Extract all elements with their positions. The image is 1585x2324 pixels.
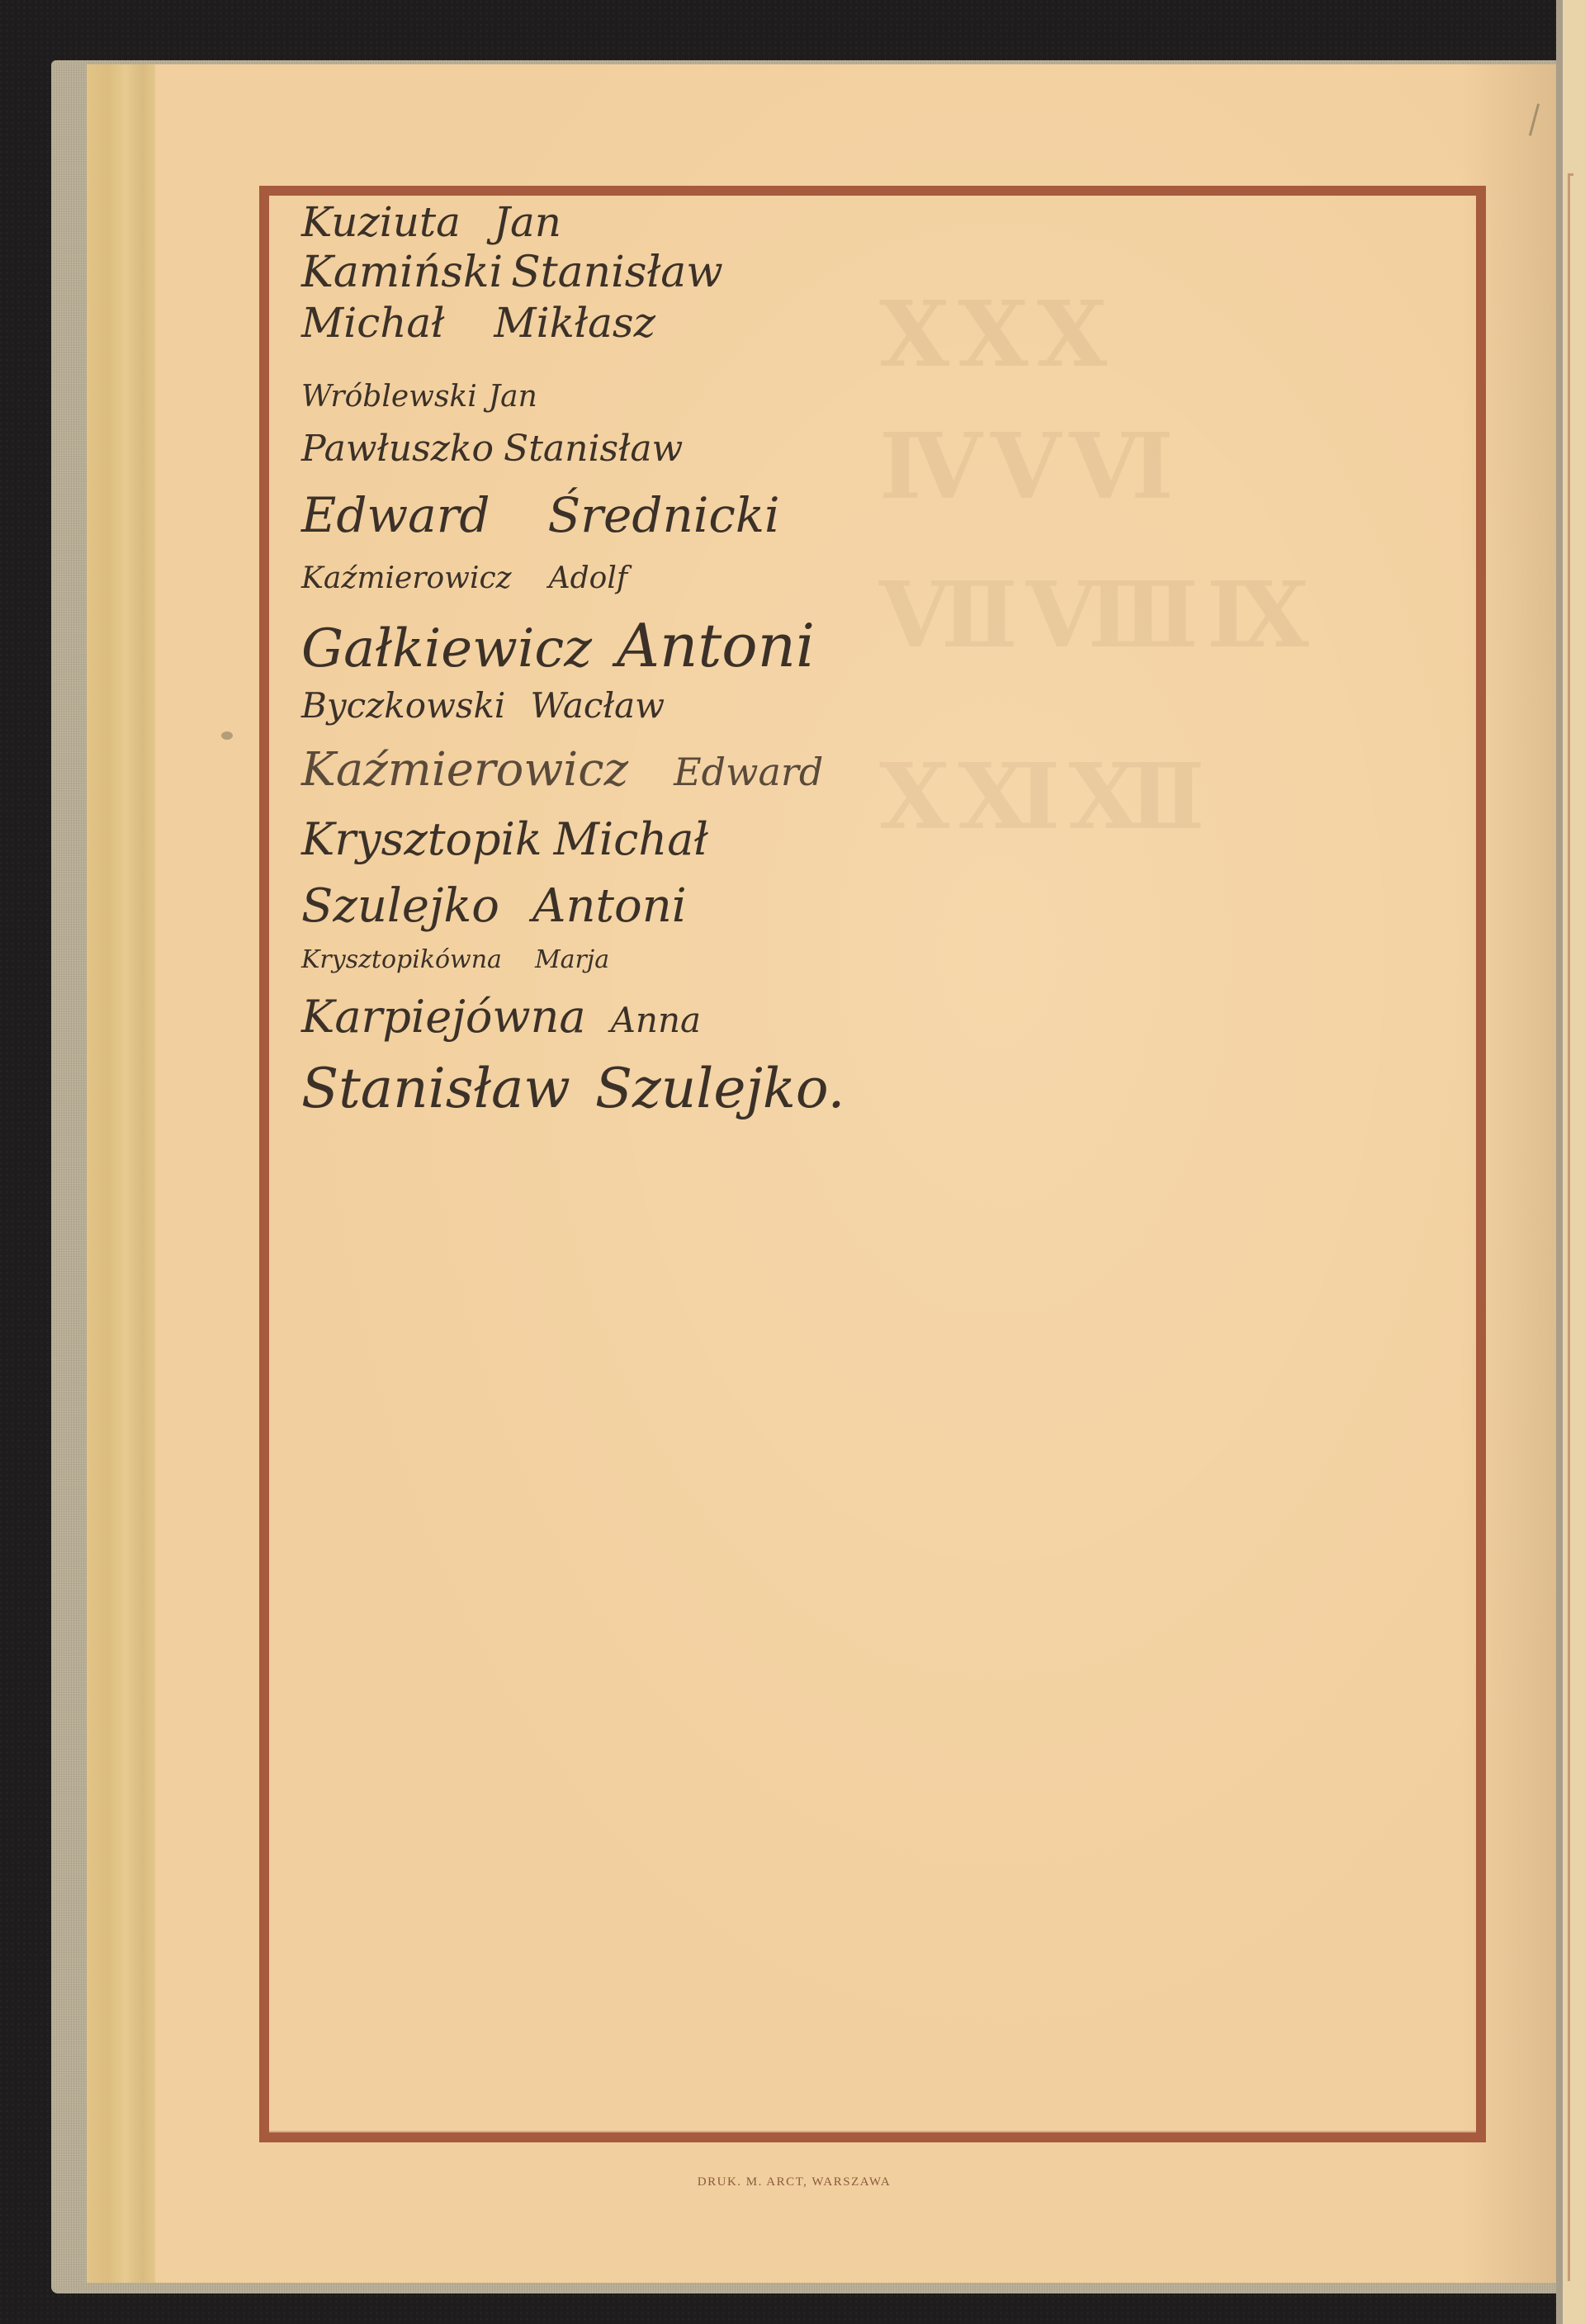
signature-surname: Kaźmierowicz bbox=[301, 561, 512, 595]
signature-entry: KuziutaJan bbox=[301, 198, 561, 246]
facing-page-frame-line bbox=[1568, 173, 1573, 2281]
signature-surname: Karpiejówna bbox=[301, 991, 586, 1043]
signature-entry: MichałMikłasz bbox=[301, 299, 655, 347]
signature-surname: Byczkowski bbox=[301, 685, 505, 726]
signature-entry: KaźmierowiczEdward bbox=[301, 743, 823, 797]
signature-entry: KarpiejównaAnna bbox=[301, 991, 701, 1043]
page-border-frame bbox=[259, 186, 1486, 2142]
signature-entry: SzulejkoAntoni bbox=[301, 879, 687, 933]
signature-surname: Kuziuta bbox=[301, 198, 461, 246]
signature-given-name: Edward bbox=[674, 750, 823, 794]
signature-entry: KrysztopikMichał bbox=[301, 813, 708, 865]
signature-given-name: Średnicki bbox=[548, 487, 780, 543]
printer-imprint: DRUK. M. ARCT, WARSZAWA bbox=[0, 2175, 1585, 2189]
signature-given-name: Michał bbox=[554, 813, 708, 865]
signature-surname: Krysztopikówna bbox=[301, 945, 502, 974]
signature-given-name: Jan bbox=[494, 198, 561, 246]
signature-surname: Michał bbox=[301, 299, 444, 347]
signature-surname: Stanisław bbox=[301, 1057, 570, 1120]
signature-entry: KaźmierowiczAdolf bbox=[301, 561, 627, 595]
signature-surname: Gałkiewicz bbox=[301, 618, 592, 679]
signature-given-name: Wacław bbox=[530, 685, 665, 726]
signature-given-name: Anna bbox=[611, 1000, 701, 1040]
signature-given-name: Mikłasz bbox=[494, 299, 655, 347]
signature-given-name: Jan bbox=[489, 380, 537, 414]
signature-surname: Kamiński bbox=[301, 248, 503, 297]
signature-given-name: Stanisław bbox=[511, 248, 723, 297]
page-edges bbox=[87, 64, 158, 2283]
ink-smudge bbox=[221, 731, 233, 740]
signature-given-name: Marja bbox=[535, 945, 609, 974]
signature-entry: WróblewskiJan bbox=[301, 380, 537, 414]
signature-entry: StanisławSzulejko. bbox=[301, 1057, 845, 1120]
signature-given-name: Antoni bbox=[617, 611, 815, 680]
signature-given-name: Szulejko. bbox=[595, 1057, 845, 1120]
signature-surname: Wróblewski bbox=[301, 380, 477, 414]
signature-surname: Kaźmierowicz bbox=[301, 743, 628, 797]
signature-surname: Pawłuszko bbox=[301, 428, 494, 470]
signature-entry: KamińskiStanisław bbox=[301, 248, 723, 297]
signature-surname: Krysztopik bbox=[301, 813, 542, 865]
signature-surname: Szulejko bbox=[301, 879, 499, 933]
signature-entry: EdwardŚrednicki bbox=[301, 487, 780, 543]
signature-entry: PawłuszkoStanisław bbox=[301, 428, 683, 470]
signature-entry: ByczkowskiWacław bbox=[301, 685, 665, 726]
signature-given-name: Adolf bbox=[549, 561, 628, 595]
signature-entry: KrysztopikównaMarja bbox=[301, 945, 609, 974]
signature-entry: GałkiewiczAntoni bbox=[301, 611, 815, 680]
printer-imprint-text: DRUK. M. ARCT, WARSZAWA bbox=[698, 2175, 891, 2189]
signature-surname: Edward bbox=[301, 487, 490, 543]
signature-given-name: Antoni bbox=[532, 879, 687, 933]
facing-page-edge bbox=[1556, 0, 1585, 2324]
signature-given-name: Stanisław bbox=[504, 428, 683, 470]
